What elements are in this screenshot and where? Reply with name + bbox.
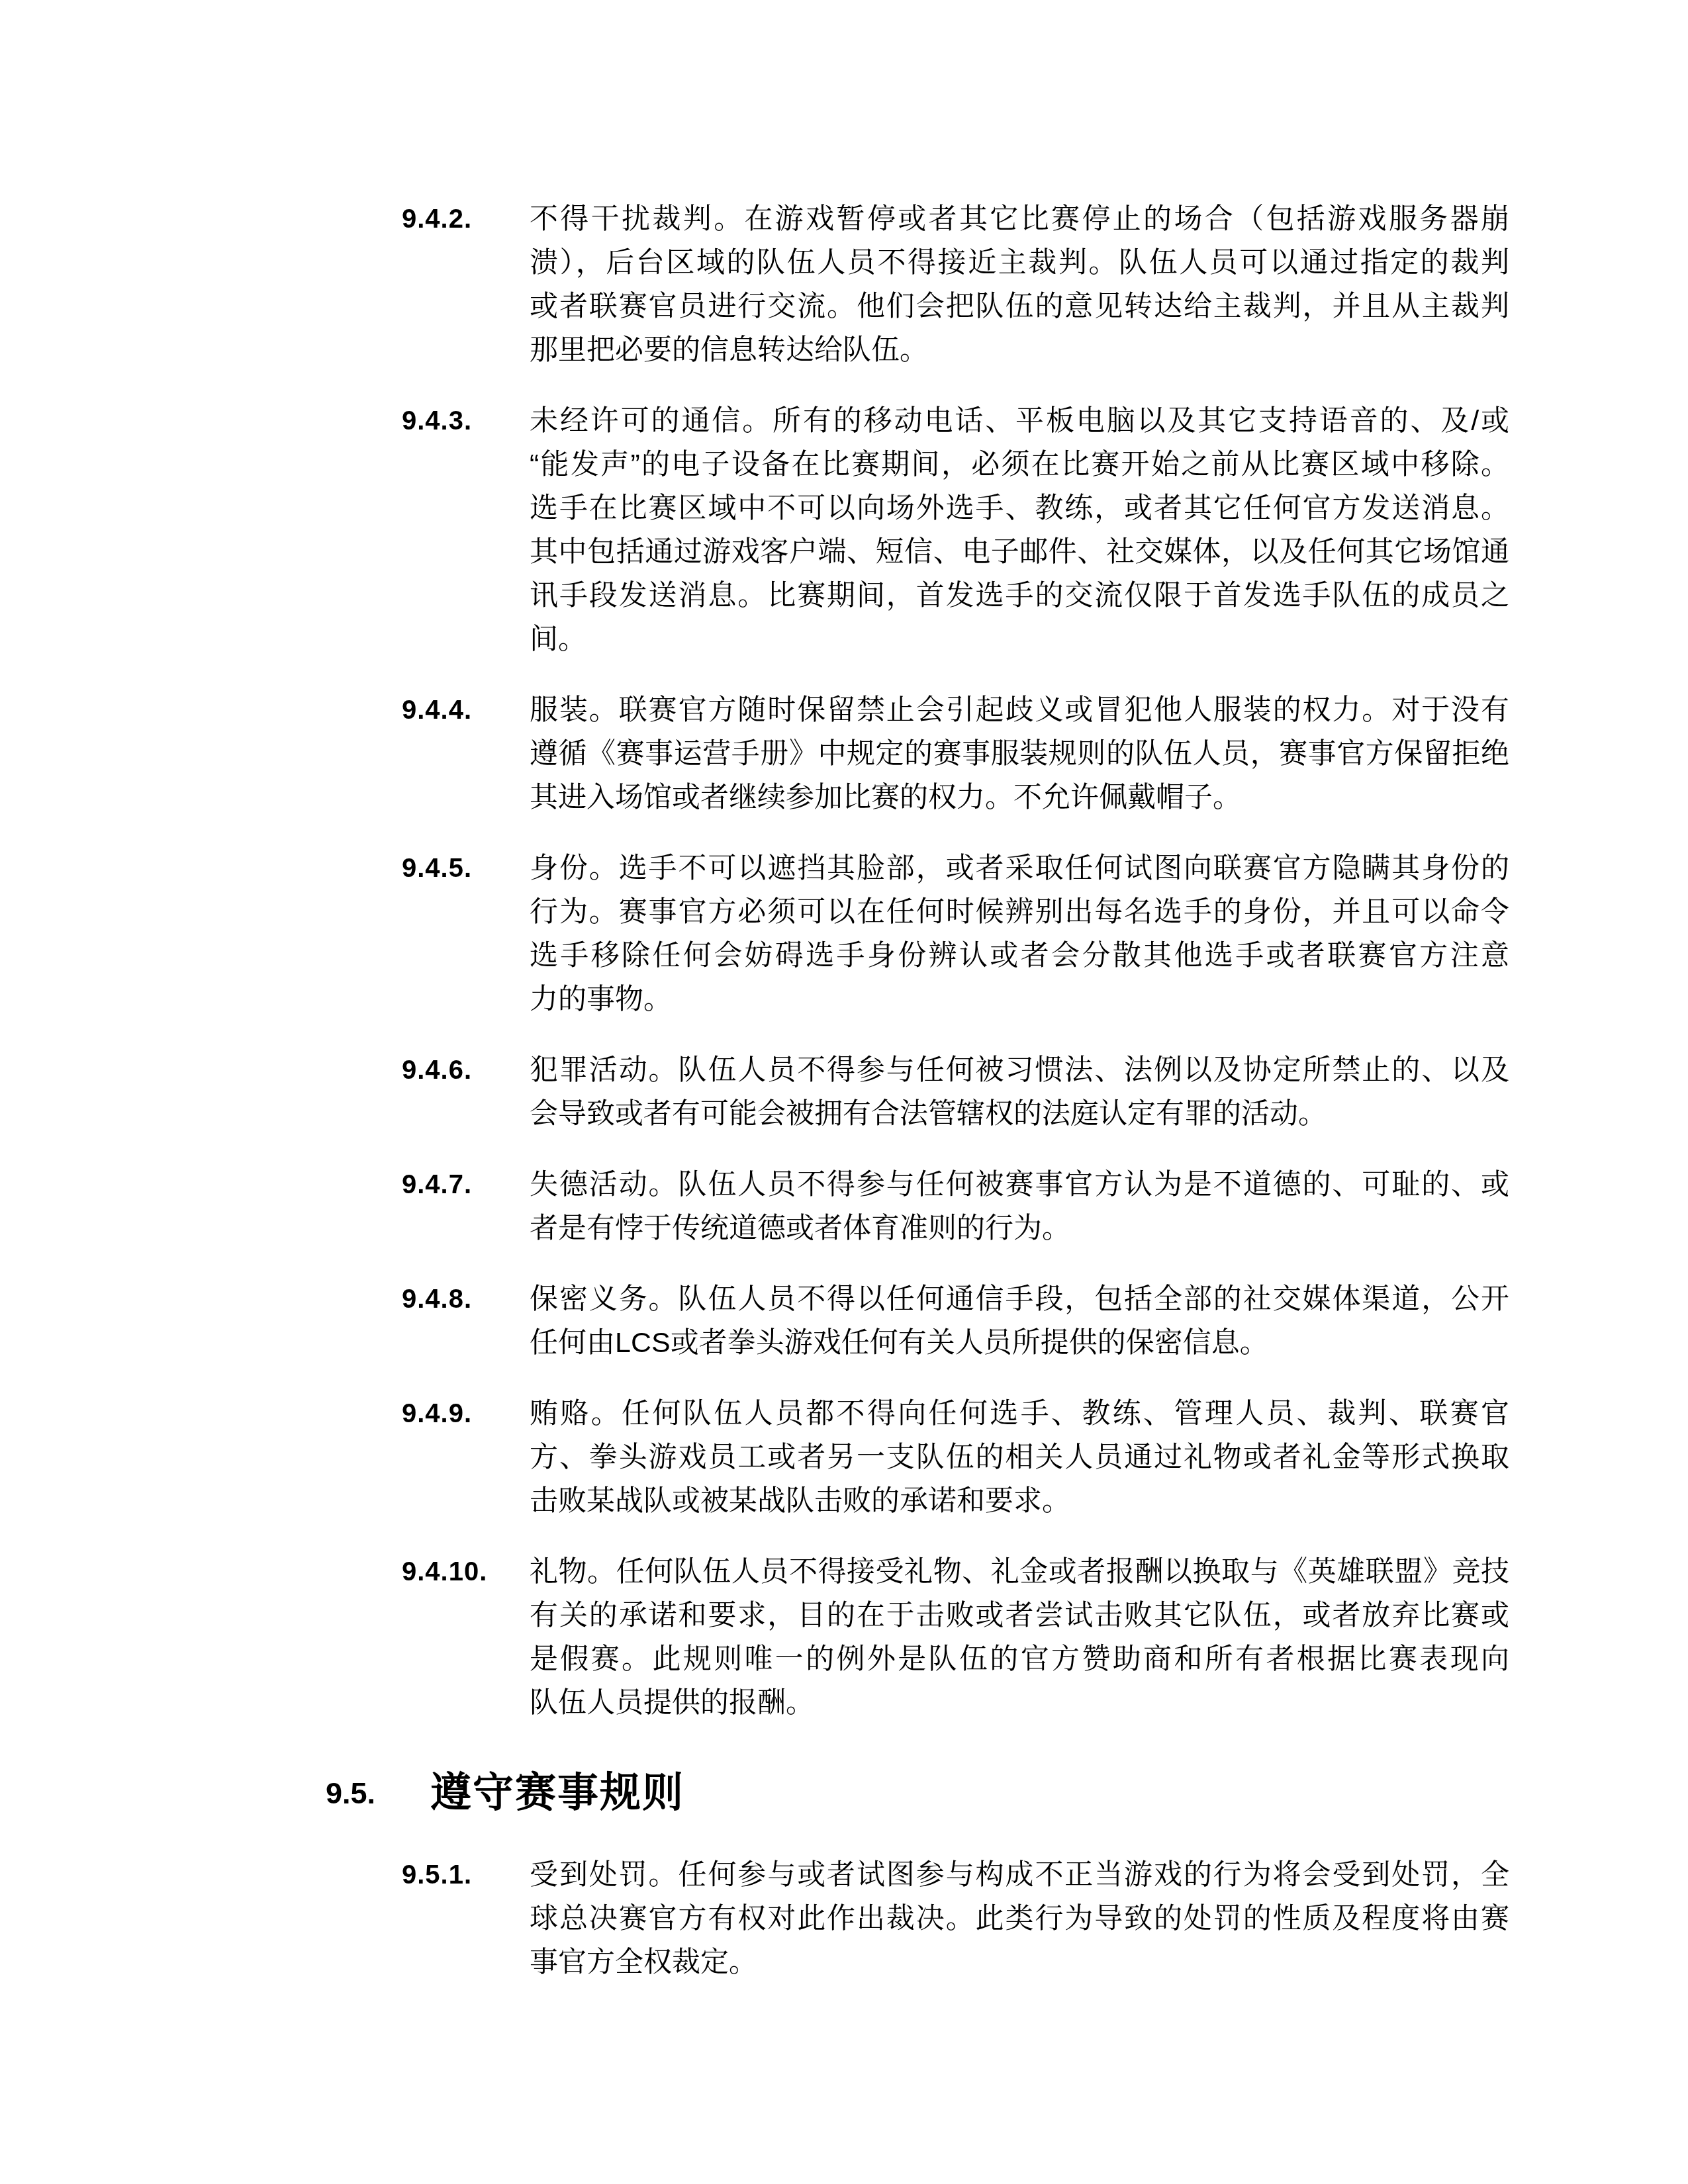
text-line: 不得干扰裁判。在游戏暂停或者其它比赛停止的场合（包括游戏服务器崩 [530,197,1509,241]
rule-number: 9.4.5. [402,846,530,1021]
text-line: 选手在比赛区域中不可以向场外选手、教练，或者其它任何官方发送消息。 [530,486,1509,530]
text-line: 其进入场馆或者继续参加比赛的权力。不允许佩戴帽子。 [530,776,1509,819]
rule-text: 保密义务。队伍人员不得以任何通信手段，包括全部的社交媒体渠道，公开任何由LCS或… [530,1277,1509,1365]
rule-number: 9.4.6. [402,1048,530,1136]
text-line: 选手移除任何会妨碍选手身份辨认或者会分散其他选手或者联赛官方注意 [530,934,1509,978]
rule-item-9-4-10: 9.4.10. 礼物。任何队伍人员不得接受礼物、礼金或者报酬以换取与《英雄联盟》… [402,1550,1509,1725]
rule-item-9-4-7: 9.4.7. 失德活动。队伍人员不得参与任何被赛事官方认为是不道德的、可耻的、或… [402,1163,1509,1250]
text-line: 讯手段发送消息。比赛期间，首发选手的交流仅限于首发选手队伍的成员之 [530,574,1509,617]
rule-item-9-5-1: 9.5.1. 受到处罚。任何参与或者试图参与构成不正当游戏的行为将会受到处罚，全… [402,1853,1509,1984]
rule-item-9-4-9: 9.4.9. 贿赂。任何队伍人员都不得向任何选手、教练、管理人员、裁判、联赛官方… [402,1392,1509,1523]
rule-number: 9.4.10. [402,1550,530,1725]
text-line: 间。 [530,617,1509,661]
text-line: 球总决赛官方有权对此作出裁决。此类行为导致的处罚的性质及程度将由赛 [530,1897,1509,1940]
text-line: 溃），后台区域的队伍人员不得接近主裁判。队伍人员可以通过指定的裁判 [530,241,1509,285]
rule-text: 受到处罚。任何参与或者试图参与构成不正当游戏的行为将会受到处罚，全球总决赛官方有… [530,1853,1509,1984]
rules-section: 9.4.2. 不得干扰裁判。在游戏暂停或者其它比赛停止的场合（包括游戏服务器崩溃… [402,197,1509,2011]
rule-text: 未经许可的通信。所有的移动电话、平板电脑以及其它支持语音的、及/或“能发声”的电… [530,399,1509,661]
text-line: 有关的承诺和要求，目的在于击败或者尝试击败其它队伍，或者放弃比赛或 [530,1594,1509,1637]
text-line: 未经许可的通信。所有的移动电话、平板电脑以及其它支持语音的、及/或 [530,399,1509,443]
text-line: 受到处罚。任何参与或者试图参与构成不正当游戏的行为将会受到处罚，全 [530,1853,1509,1897]
text-line: 犯罪活动。队伍人员不得参与任何被习惯法、法例以及协定所禁止的、以及 [530,1048,1509,1092]
rule-item-9-4-6: 9.4.6. 犯罪活动。队伍人员不得参与任何被习惯法、法例以及协定所禁止的、以及… [402,1048,1509,1136]
text-line: 行为。赛事官方必须可以在任何时候辨别出每名选手的身份，并且可以命令 [530,890,1509,934]
rule-number: 9.4.8. [402,1277,530,1365]
text-line: 服装。联赛官方随时保留禁止会引起歧义或冒犯他人服装的权力。对于没有 [530,688,1509,732]
rule-number: 9.4.7. [402,1163,530,1250]
rule-text: 犯罪活动。队伍人员不得参与任何被习惯法、法例以及协定所禁止的、以及会导致或者有可… [530,1048,1509,1136]
rule-number: 9.5.1. [402,1853,530,1984]
text-line: 击败某战队或被某战队击败的承诺和要求。 [530,1479,1509,1523]
text-line: 保密义务。队伍人员不得以任何通信手段，包括全部的社交媒体渠道，公开 [530,1277,1509,1321]
text-line: “能发声”的电子设备在比赛期间，必须在比赛开始之前从比赛区域中移除。 [530,443,1509,486]
rule-number: 9.4.2. [402,197,530,372]
rule-item-9-4-2: 9.4.2. 不得干扰裁判。在游戏暂停或者其它比赛停止的场合（包括游戏服务器崩溃… [402,197,1509,372]
text-line: 者是有悖于传统道德或者体育准则的行为。 [530,1206,1509,1250]
rule-item-9-4-8: 9.4.8. 保密义务。队伍人员不得以任何通信手段，包括全部的社交媒体渠道，公开… [402,1277,1509,1365]
text-line: 方、拳头游戏员工或者另一支队伍的相关人员通过礼物或者礼金等形式换取 [530,1435,1509,1479]
rule-text: 失德活动。队伍人员不得参与任何被赛事官方认为是不道德的、可耻的、或者是有悖于传统… [530,1163,1509,1250]
section-title: 遵守赛事规则 [430,1767,684,1820]
text-line: 礼物。任何队伍人员不得接受礼物、礼金或者报酬以换取与《英雄联盟》竞技 [530,1550,1509,1594]
text-line: 遵循《赛事运营手册》中规定的赛事服装规则的队伍人员，赛事官方保留拒绝 [530,732,1509,776]
section-heading-9-5: 9.5. 遵守赛事规则 [326,1767,1509,1820]
rule-number: 9.4.3. [402,399,530,661]
text-line: 其中包括通过游戏客户端、短信、电子邮件、社交媒体，以及任何其它场馆通 [530,530,1509,574]
rule-text: 贿赂。任何队伍人员都不得向任何选手、教练、管理人员、裁判、联赛官方、拳头游戏员工… [530,1392,1509,1523]
text-line: 力的事物。 [530,978,1509,1021]
rule-text: 身份。选手不可以遮挡其脸部，或者采取任何试图向联赛官方隐瞒其身份的行为。赛事官方… [530,846,1509,1021]
rule-number: 9.4.4. [402,688,530,819]
rule-item-9-4-3: 9.4.3. 未经许可的通信。所有的移动电话、平板电脑以及其它支持语音的、及/或… [402,399,1509,661]
text-line: 那里把必要的信息转达给队伍。 [530,328,1509,372]
text-line: 贿赂。任何队伍人员都不得向任何选手、教练、管理人员、裁判、联赛官 [530,1392,1509,1435]
text-line: 会导致或者有可能会被拥有合法管辖权的法庭认定有罪的活动。 [530,1092,1509,1136]
rule-text: 礼物。任何队伍人员不得接受礼物、礼金或者报酬以换取与《英雄联盟》竞技有关的承诺和… [530,1550,1509,1725]
text-line: 失德活动。队伍人员不得参与任何被赛事官方认为是不道德的、可耻的、或 [530,1163,1509,1206]
text-line: 任何由LCS或者拳头游戏任何有关人员所提供的保密信息。 [530,1321,1509,1365]
document-page: 9.4.2. 不得干扰裁判。在游戏暂停或者其它比赛停止的场合（包括游戏服务器崩溃… [0,0,1688,2184]
rule-item-9-4-4: 9.4.4. 服装。联赛官方随时保留禁止会引起歧义或冒犯他人服装的权力。对于没有… [402,688,1509,819]
section-number: 9.5. [326,1767,430,1820]
text-line: 身份。选手不可以遮挡其脸部，或者采取任何试图向联赛官方隐瞒其身份的 [530,846,1509,890]
text-line: 或者联赛官员进行交流。他们会把队伍的意见转达给主裁判，并且从主裁判 [530,285,1509,328]
text-line: 事官方全权裁定。 [530,1940,1509,1984]
rule-item-9-4-5: 9.4.5. 身份。选手不可以遮挡其脸部，或者采取任何试图向联赛官方隐瞒其身份的… [402,846,1509,1021]
text-line: 是假赛。此规则唯一的例外是队伍的官方赞助商和所有者根据比赛表现向 [530,1637,1509,1681]
text-line: 队伍人员提供的报酬。 [530,1681,1509,1725]
rule-text: 不得干扰裁判。在游戏暂停或者其它比赛停止的场合（包括游戏服务器崩溃），后台区域的… [530,197,1509,372]
rule-number: 9.4.9. [402,1392,530,1523]
rule-text: 服装。联赛官方随时保留禁止会引起歧义或冒犯他人服装的权力。对于没有遵循《赛事运营… [530,688,1509,819]
